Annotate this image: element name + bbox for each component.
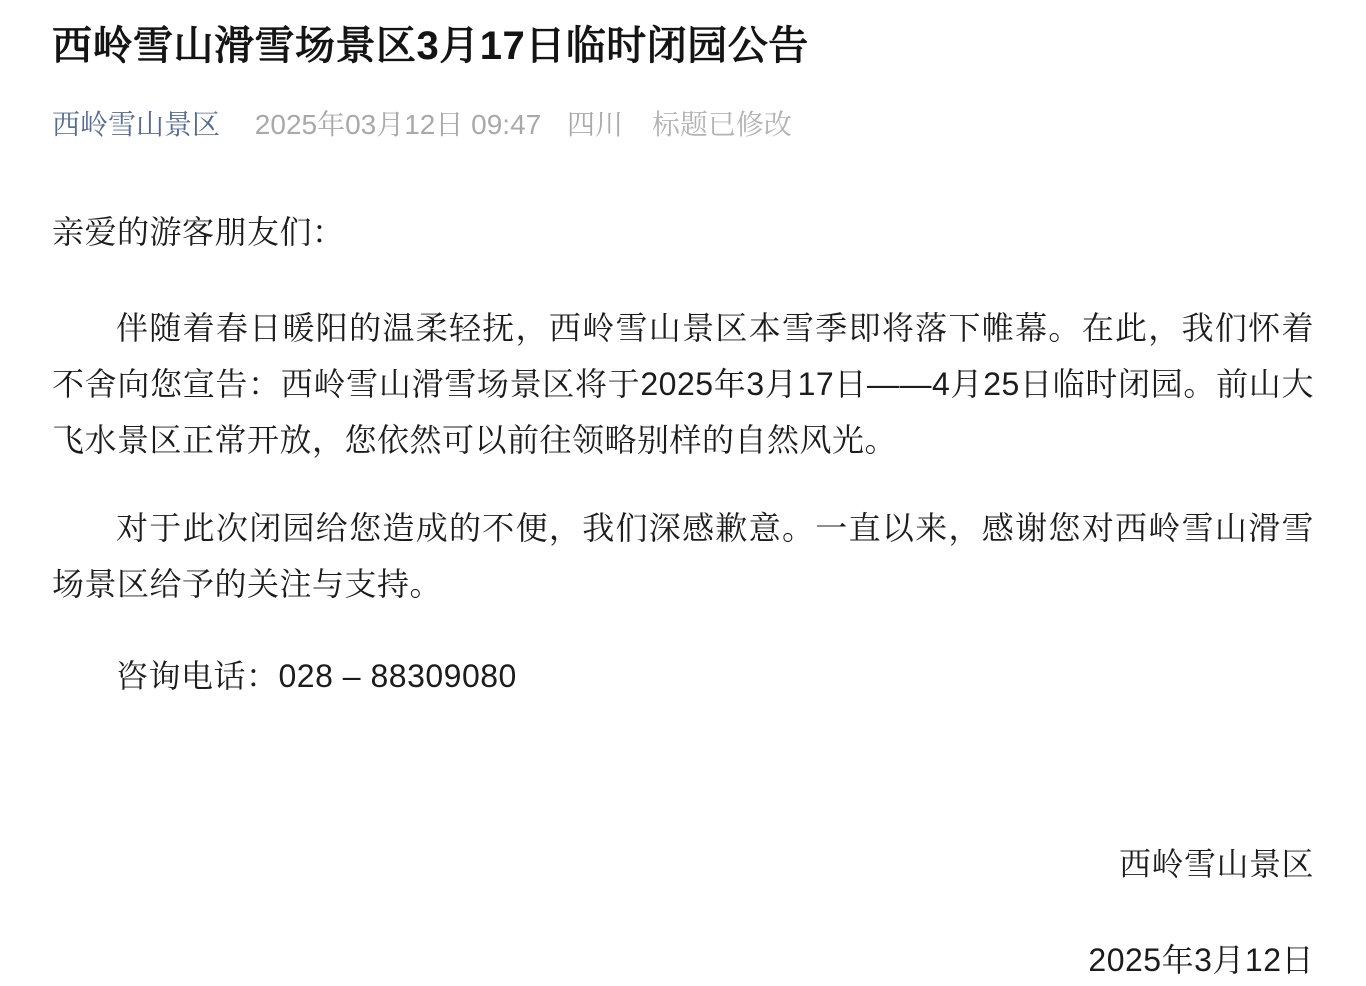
publish-location: 四川 <box>567 109 623 140</box>
contact-phone-line: 咨询电话：028 – 88309080 <box>52 648 1314 704</box>
page-title: 西岭雪山滑雪场景区3月17日临时闭园公告 <box>52 22 1314 70</box>
source-account-link[interactable]: 西岭雪山景区 <box>52 109 220 140</box>
paragraph-apology: 对于此次闭园给您造成的不便，我们深感歉意。一直以来，感谢您对西岭雪山滑雪场景区给… <box>52 500 1314 612</box>
article-meta: 西岭雪山景区 2025年03月12日 09:47 四川 标题已修改 <box>52 108 1314 142</box>
signature-text: 西岭雪山景区 <box>52 836 1314 892</box>
article-body: 亲爱的游客朋友们： 伴随着春日暖阳的温柔轻抚，西岭雪山景区本雪季即将落下帷幕。在… <box>52 204 1314 986</box>
title-edited-badge: 标题已修改 <box>652 109 792 140</box>
paragraph-closure-notice: 伴随着春日暖阳的温柔轻抚，西岭雪山景区本雪季即将落下帷幕。在此，我们怀着不舍向您… <box>52 300 1314 468</box>
article-page: 西岭雪山滑雪场景区3月17日临时闭园公告 西岭雪山景区 2025年03月12日 … <box>0 0 1366 986</box>
greeting-line: 亲爱的游客朋友们： <box>52 204 1314 260</box>
publish-datetime: 2025年03月12日 09:47 <box>255 109 541 140</box>
signature-date: 2025年3月12日 <box>52 932 1314 986</box>
